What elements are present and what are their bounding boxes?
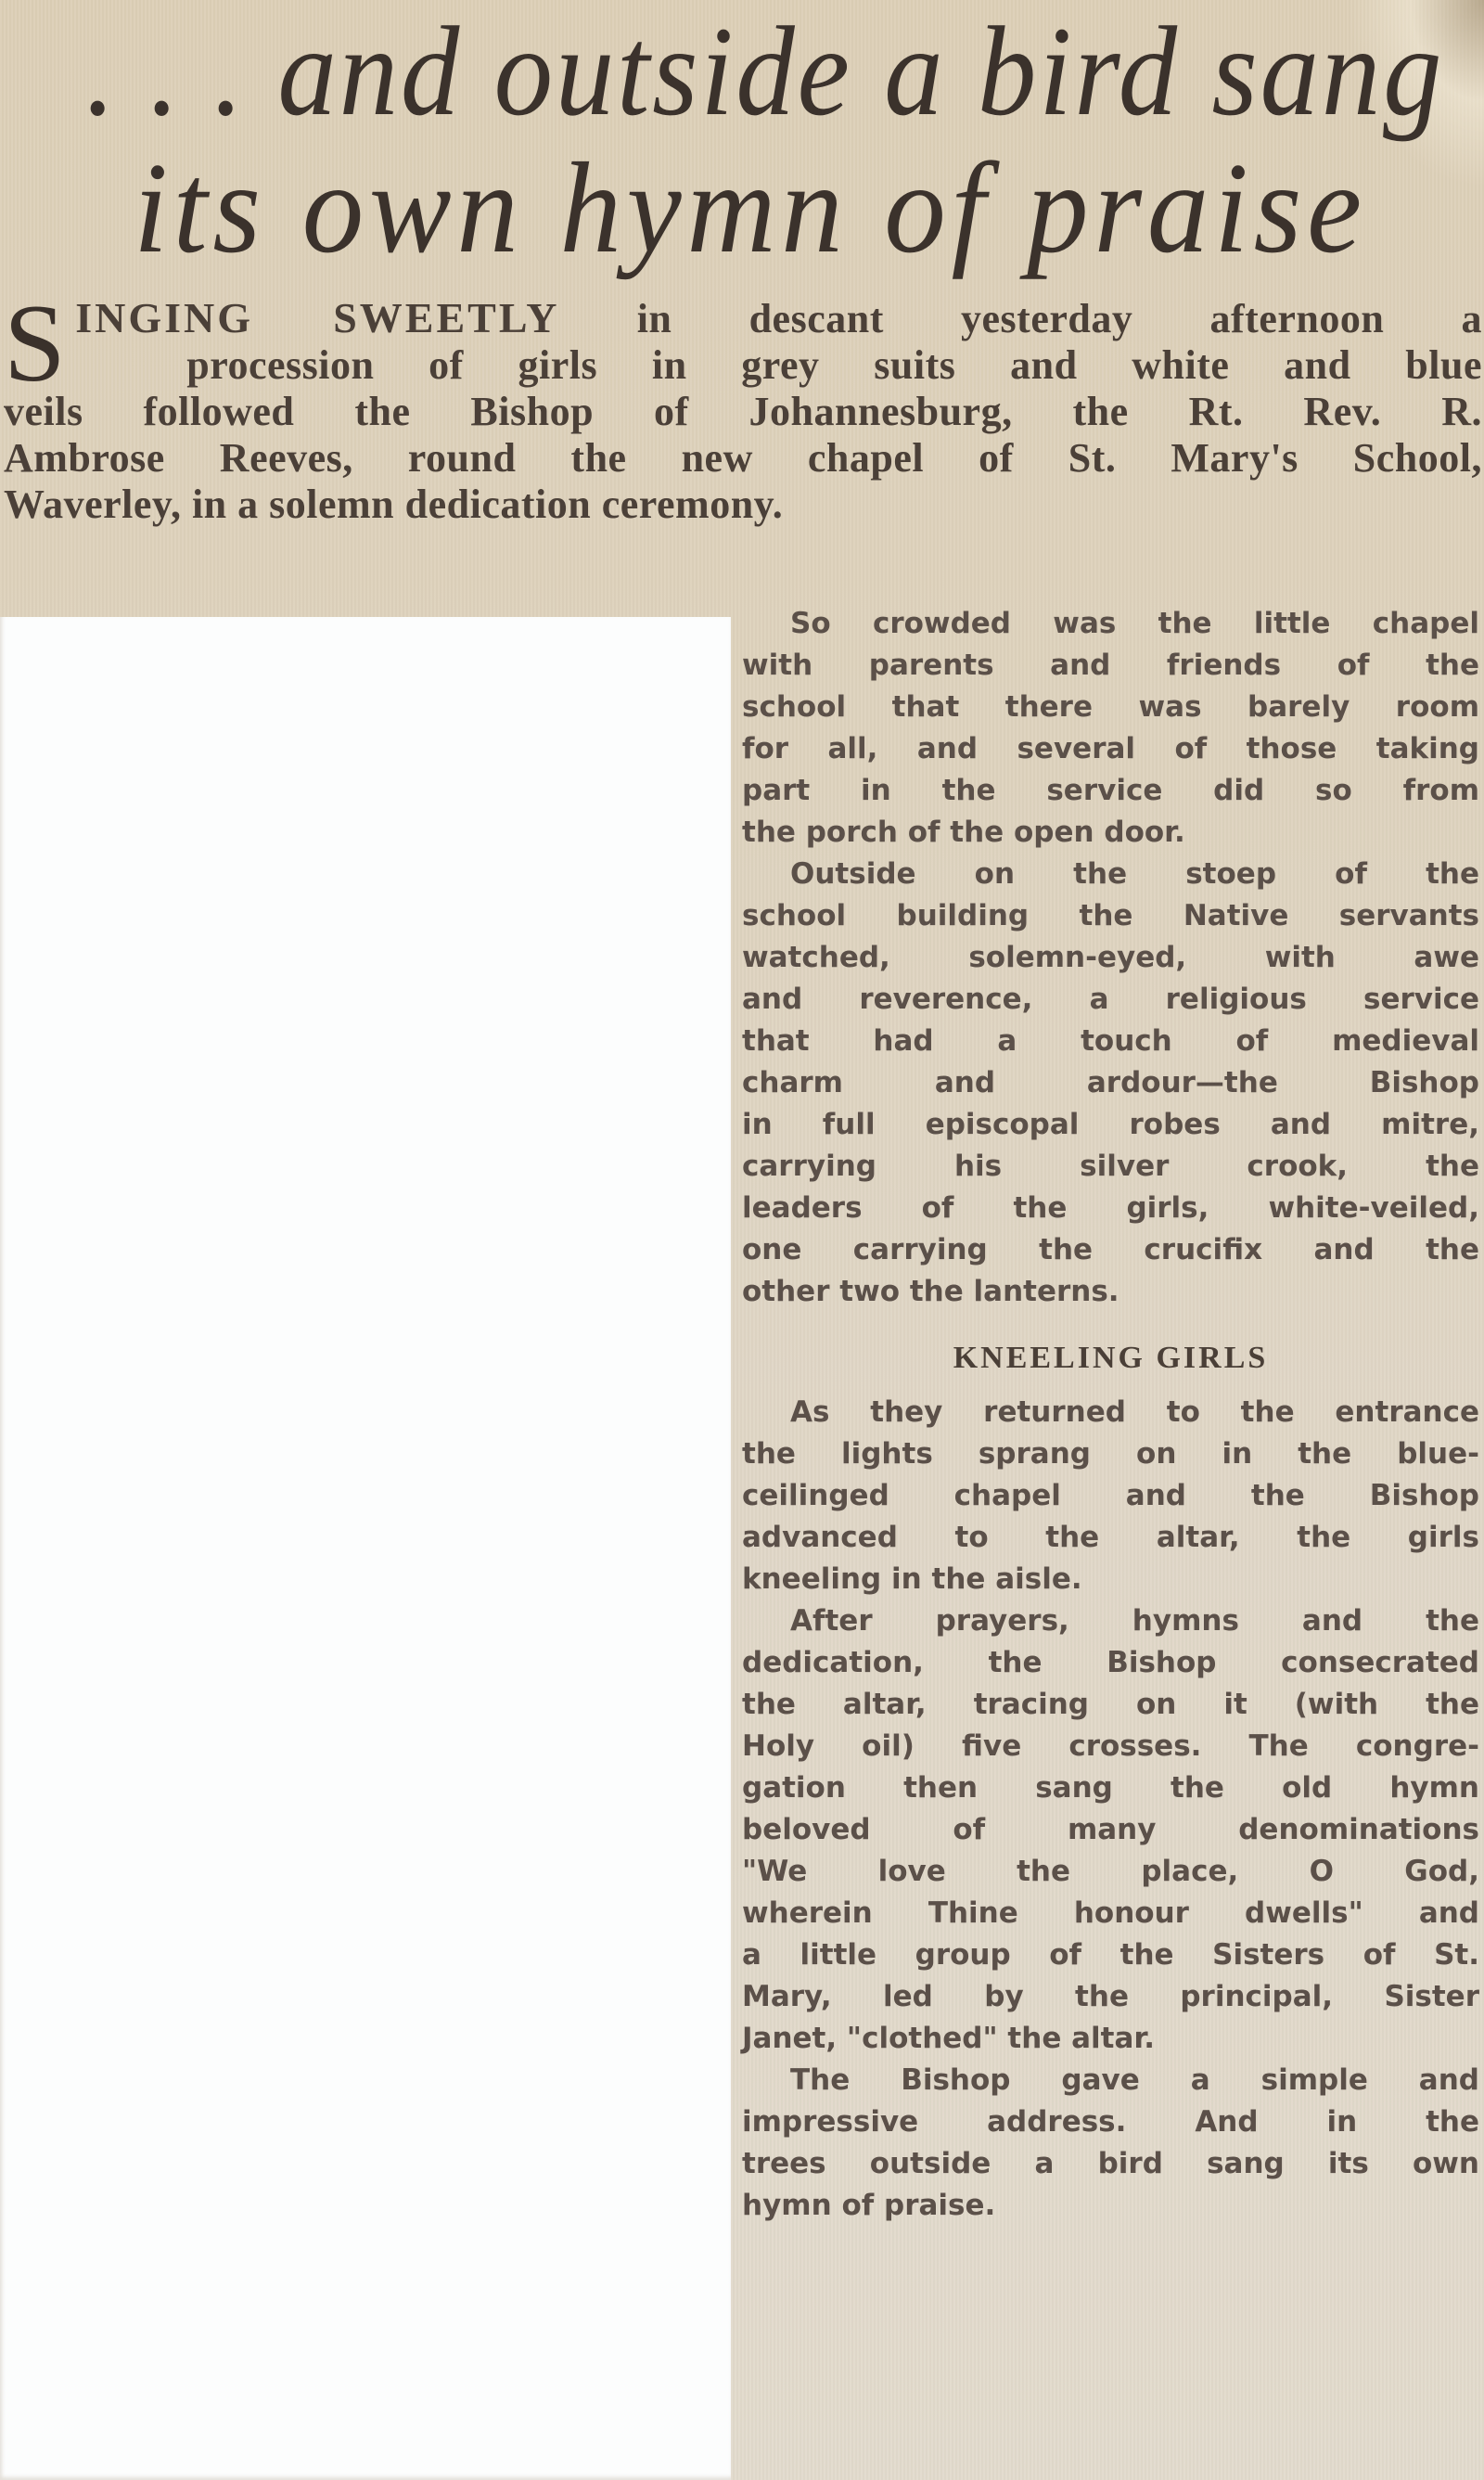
text-line: Holy oil) five crosses. The congre- <box>742 1726 1479 1767</box>
lede-small-caps: INGING SWEETLY <box>75 294 559 341</box>
headline-line-2: its own hymn of praise <box>134 139 1332 278</box>
text-line: watched, solemn-eyed, with awe <box>742 937 1479 979</box>
text-line: the altar, tracing on it (with the <box>742 1684 1479 1726</box>
text-line: and reverence, a religious service <box>742 979 1479 1021</box>
body-paragraph: As they returned to the entrancethe ligh… <box>742 1392 1479 1600</box>
lede-line: veils followed the Bishop of Johannesbur… <box>4 389 1482 435</box>
text-line: for all, and several of those taking <box>742 728 1479 770</box>
text-line: wherein Thine honour dwells" and <box>742 1893 1479 1934</box>
text-line: The Bishop gave a simple and <box>742 2060 1479 2101</box>
lede-paragraph: S INGING SWEETLY in descant yesterday af… <box>4 295 1482 528</box>
lede-line: INGING SWEETLY in descant yesterday afte… <box>4 295 1482 342</box>
text-line: Outside on the stoep of the <box>742 854 1479 895</box>
lede-line: Ambrose Reeves, round the new chapel of … <box>4 435 1482 482</box>
text-line: ceilinged chapel and the Bishop <box>742 1475 1479 1517</box>
text-line: the porch of the open door. <box>742 812 1479 854</box>
body-paragraph: After prayers, hymns and thededication, … <box>742 1600 1479 2060</box>
text-line: that had a touch of medieval <box>742 1021 1479 1062</box>
text-line: one carrying the crucifix and the <box>742 1229 1479 1271</box>
text-line: in full episcopal robes and mitre, <box>742 1104 1479 1146</box>
text-line: gation then sang the old hymn <box>742 1767 1479 1809</box>
text-line: school building the Native servants <box>742 895 1479 937</box>
text-line: advanced to the altar, the girls <box>742 1517 1479 1559</box>
text-line: impressive address. And in the <box>742 2101 1479 2143</box>
text-line: beloved of many denominations <box>742 1809 1479 1851</box>
text-line: carrying his silver crook, the <box>742 1146 1479 1188</box>
text-line: Janet, "clothed" the altar. <box>742 2018 1479 2060</box>
headline-line-1: . . . and outside a bird sang <box>85 2 1416 141</box>
text-line: a little group of the Sisters of St. <box>742 1934 1479 1976</box>
text-line: As they returned to the entrance <box>742 1392 1479 1433</box>
drop-cap: S <box>4 299 66 388</box>
text-line: trees outside a bird sang its own <box>742 2143 1479 2185</box>
body-paragraph: Outside on the stoep of theschool buildi… <box>742 854 1479 1313</box>
text-line: hymn of praise. <box>742 2185 1479 2227</box>
text-line: "We love the place, O God, <box>742 1851 1479 1893</box>
text-line: part in the service did so from <box>742 770 1479 812</box>
text-line: After prayers, hymns and the <box>742 1600 1479 1642</box>
lede-line: procession of girls in grey suits and wh… <box>4 342 1482 389</box>
text-line: with parents and friends of the <box>742 645 1479 687</box>
crosshead: KNEELING GIRLS <box>742 1337 1479 1379</box>
blank-photo-area <box>0 617 731 2480</box>
body-paragraph: The Bishop gave a simple andimpressive a… <box>742 2060 1479 2227</box>
text-line: the lights sprang on in the blue- <box>742 1433 1479 1475</box>
article-body-column: So crowded was the little chapelwith par… <box>742 603 1479 2227</box>
body-paragraph: So crowded was the little chapelwith par… <box>742 603 1479 854</box>
text-line: kneeling in the aisle. <box>742 1559 1479 1600</box>
lede-line: Waverley, in a solemn dedication ceremon… <box>4 482 1482 528</box>
text-line: charm and ardour—the Bishop <box>742 1062 1479 1104</box>
text-line: dedication, the Bishop consecrated <box>742 1642 1479 1684</box>
text-line: school that there was barely room <box>742 687 1479 728</box>
text-line: other two the lanterns. <box>742 1271 1479 1313</box>
text-line: Mary, led by the principal, Sister <box>742 1976 1479 2018</box>
text-line: So crowded was the little chapel <box>742 603 1479 645</box>
text-line: leaders of the girls, white-veiled, <box>742 1188 1479 1229</box>
